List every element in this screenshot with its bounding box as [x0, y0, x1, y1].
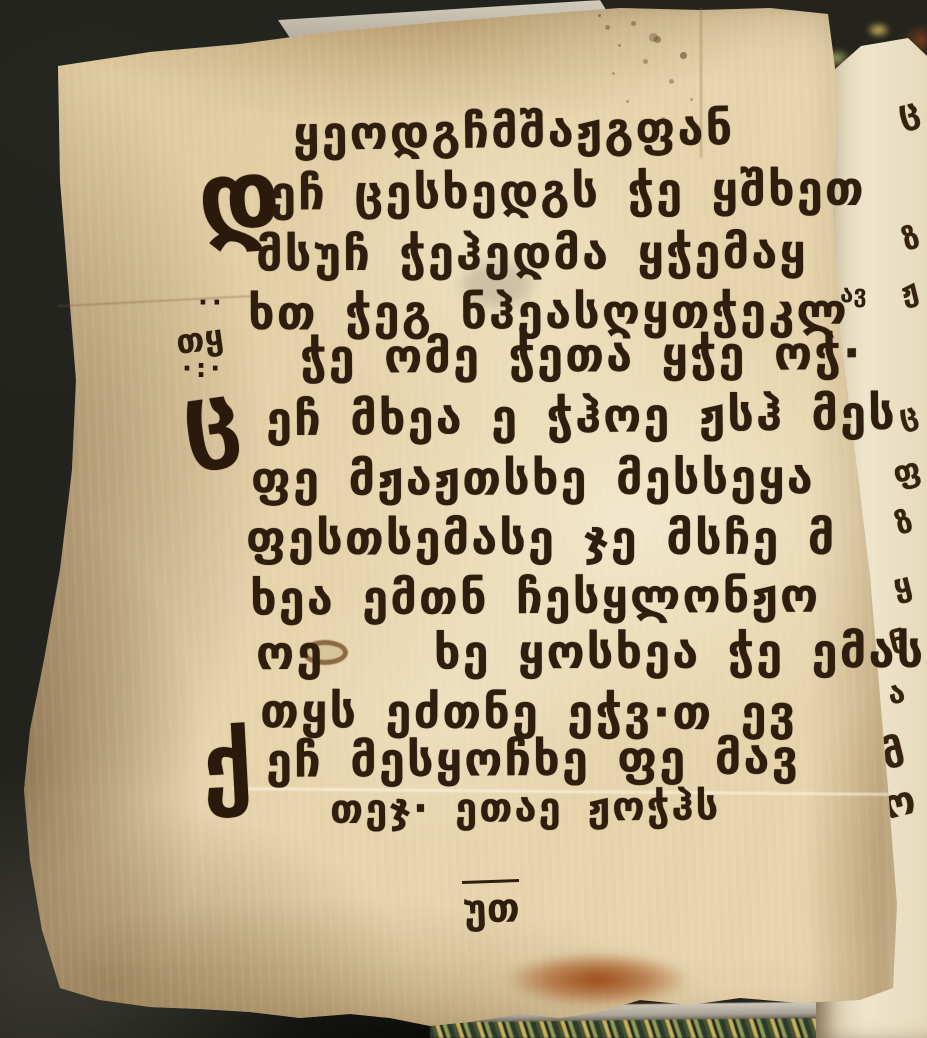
manuscript-line: ეჩ მესყოჩხე ფე მავ [266, 734, 800, 785]
manuscript-line: ჭე ომე ჭეთა ყჭე ოჭ· [300, 330, 863, 381]
manuscript-line: ფე მჟაჟთსხე მესსეყა [251, 454, 815, 503]
manuscript-line: ხეა ემთნ ჩესყლონჟო [250, 573, 820, 623]
superscript-correction: ავ [840, 280, 867, 308]
manuscript-line: ყეოდგჩმშაჟგფან [293, 105, 735, 158]
enlarged-initial: ქ [200, 721, 255, 814]
marginal-dots: ·:· [182, 354, 224, 384]
marginal-dots: ·· [198, 288, 226, 318]
catchword: უთ [462, 885, 520, 933]
manuscript-line: ეჩ ცესხედგს ჭე ყშხეთ [270, 165, 866, 217]
manuscript-photo: ც ზ ჟ ც ფ ზ ყ ნ ა ყმ თო დ ც ქ ყეოდგჩმშაჟ… [0, 0, 927, 1038]
manuscript-line: ეჩ მხეა ე ჭჰოე ჟსჰ მეს [266, 390, 897, 444]
manuscript-line: მსუჩ ჭეჰედმა ყჭემაყ [256, 229, 808, 279]
manuscript-line: თყს ეძთნე ეჭვ·თ ევ [260, 688, 797, 737]
manuscript-line: ფესთსემასე ჯე მსჩე მ [246, 515, 837, 562]
manuscript-line: ოე ხე ყოსხეა ჭე ემას [256, 628, 925, 677]
manuscript-line: თეჯ· ეთაე ჟოჭჰს [330, 786, 721, 829]
catchword-text: უთ [462, 879, 521, 933]
